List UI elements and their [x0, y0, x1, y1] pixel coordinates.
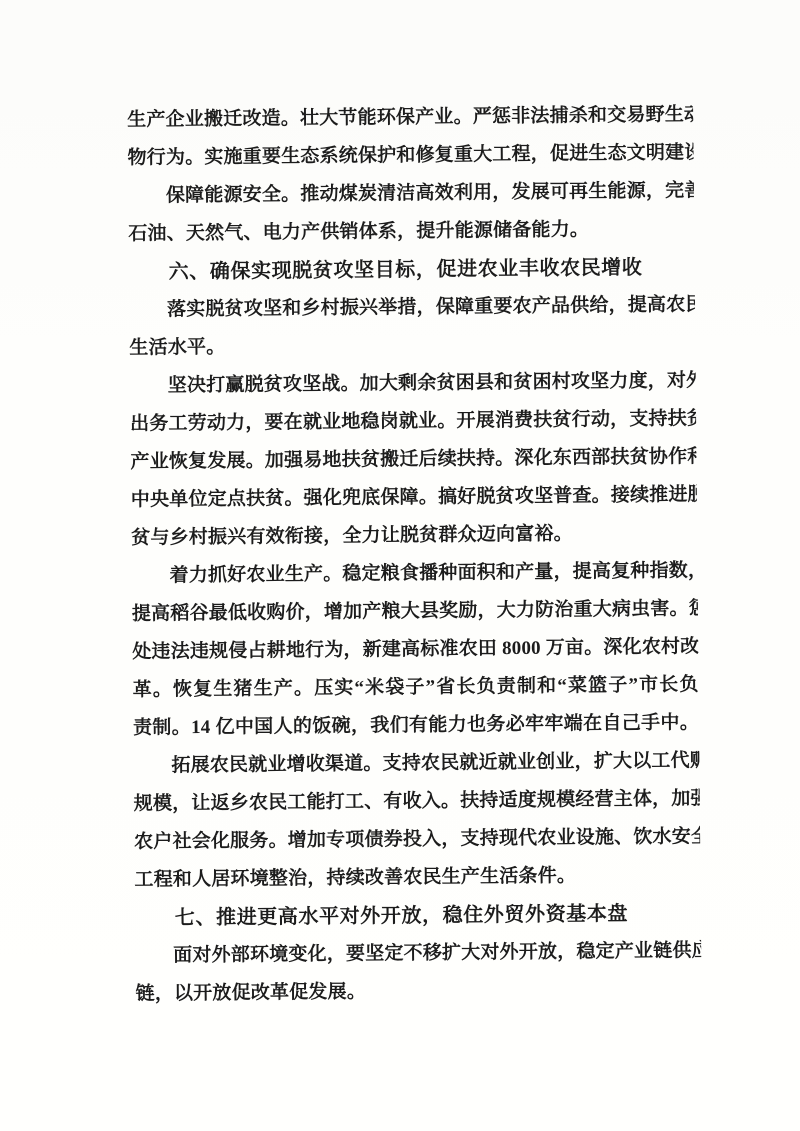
text-block: 生产企业搬迁改造。壮大节能环保产业。严惩非法捕杀和交易野生动 物行为。实施重要生…	[127, 96, 702, 1013]
section-heading-six: 六、确保实现脱贫攻坚目标，促进农业丰收农民增收	[128, 248, 694, 291]
text-line: 农户社会化服务。增加专项债券投入，支持现代农业设施、饮水安全	[134, 818, 700, 861]
section-heading-seven: 七、推进更高水平对外开放，稳住外贸外资基本盘	[135, 894, 701, 937]
text-line: 提高稻谷最低收购价，增加产粮大县奖励，大力防治重大病虫害。惩	[132, 590, 698, 633]
text-line: 产业恢复发展。加强易地扶贫搬迁后续扶持。深化东西部扶贫协作和	[130, 438, 696, 481]
text-line: 保障能源安全。推动煤炭清洁高效利用，发展可再生能源，完善	[128, 172, 694, 215]
text-line: 贫与乡村振兴有效衔接，全力让脱贫群众迈向富裕。	[131, 514, 697, 557]
text-line: 着力抓好农业生产。稳定粮食播种面积和产量，提高复种指数，	[131, 552, 697, 595]
text-line: 石油、天然气、电力产供销体系，提升能源储备能力。	[128, 210, 694, 253]
text-line: 链，以开放促改革促发展。	[135, 970, 701, 1013]
text-line: 革。恢复生猪生产。压实“米袋子”省长负责制和“菜篮子”市长负	[132, 666, 698, 709]
text-line: 面对外部环境变化，要坚定不移扩大对外开放，稳定产业链供应	[135, 932, 701, 975]
text-line: 规模，让返乡农民工能打工、有收入。扶持适度规模经营主体，加强	[134, 780, 700, 823]
text-line: 坚决打赢脱贫攻坚战。加大剩余贫困县和贫困村攻坚力度，对外	[130, 362, 696, 405]
text-line: 物行为。实施重要生态系统保护和修复重大工程，促进生态文明建设。	[127, 134, 693, 177]
text-line: 中央单位定点扶贫。强化兜底保障。搞好脱贫攻坚普查。接续推进脱	[131, 476, 697, 519]
text-line: 出务工劳动力，要在就业地稳岗就业。开展消费扶贫行动，支持扶贫	[130, 400, 696, 443]
text-line: 责制。14 亿中国人的饭碗，我们有能力也务必牢牢端在自己手中。	[133, 704, 699, 747]
text-line: 生活水平。	[129, 324, 695, 367]
text-line: 处违法违规侵占耕地行为，新建高标准农田 8000 万亩。深化农村改	[132, 628, 698, 671]
text-line: 拓展农民就业增收渠道。支持农民就近就业创业，扩大以工代赈	[133, 742, 699, 785]
text-line: 生产企业搬迁改造。壮大节能环保产业。严惩非法捕杀和交易野生动	[127, 96, 693, 139]
text-line: 工程和人居环境整治，持续改善农民生产生活条件。	[134, 856, 700, 899]
text-line: 落实脱贫攻坚和乡村振兴举措，保障重要农产品供给，提高农民	[129, 286, 695, 329]
document-page: 生产企业搬迁改造。壮大节能环保产业。严惩非法捕杀和交易野生动 物行为。实施重要生…	[0, 0, 800, 1131]
